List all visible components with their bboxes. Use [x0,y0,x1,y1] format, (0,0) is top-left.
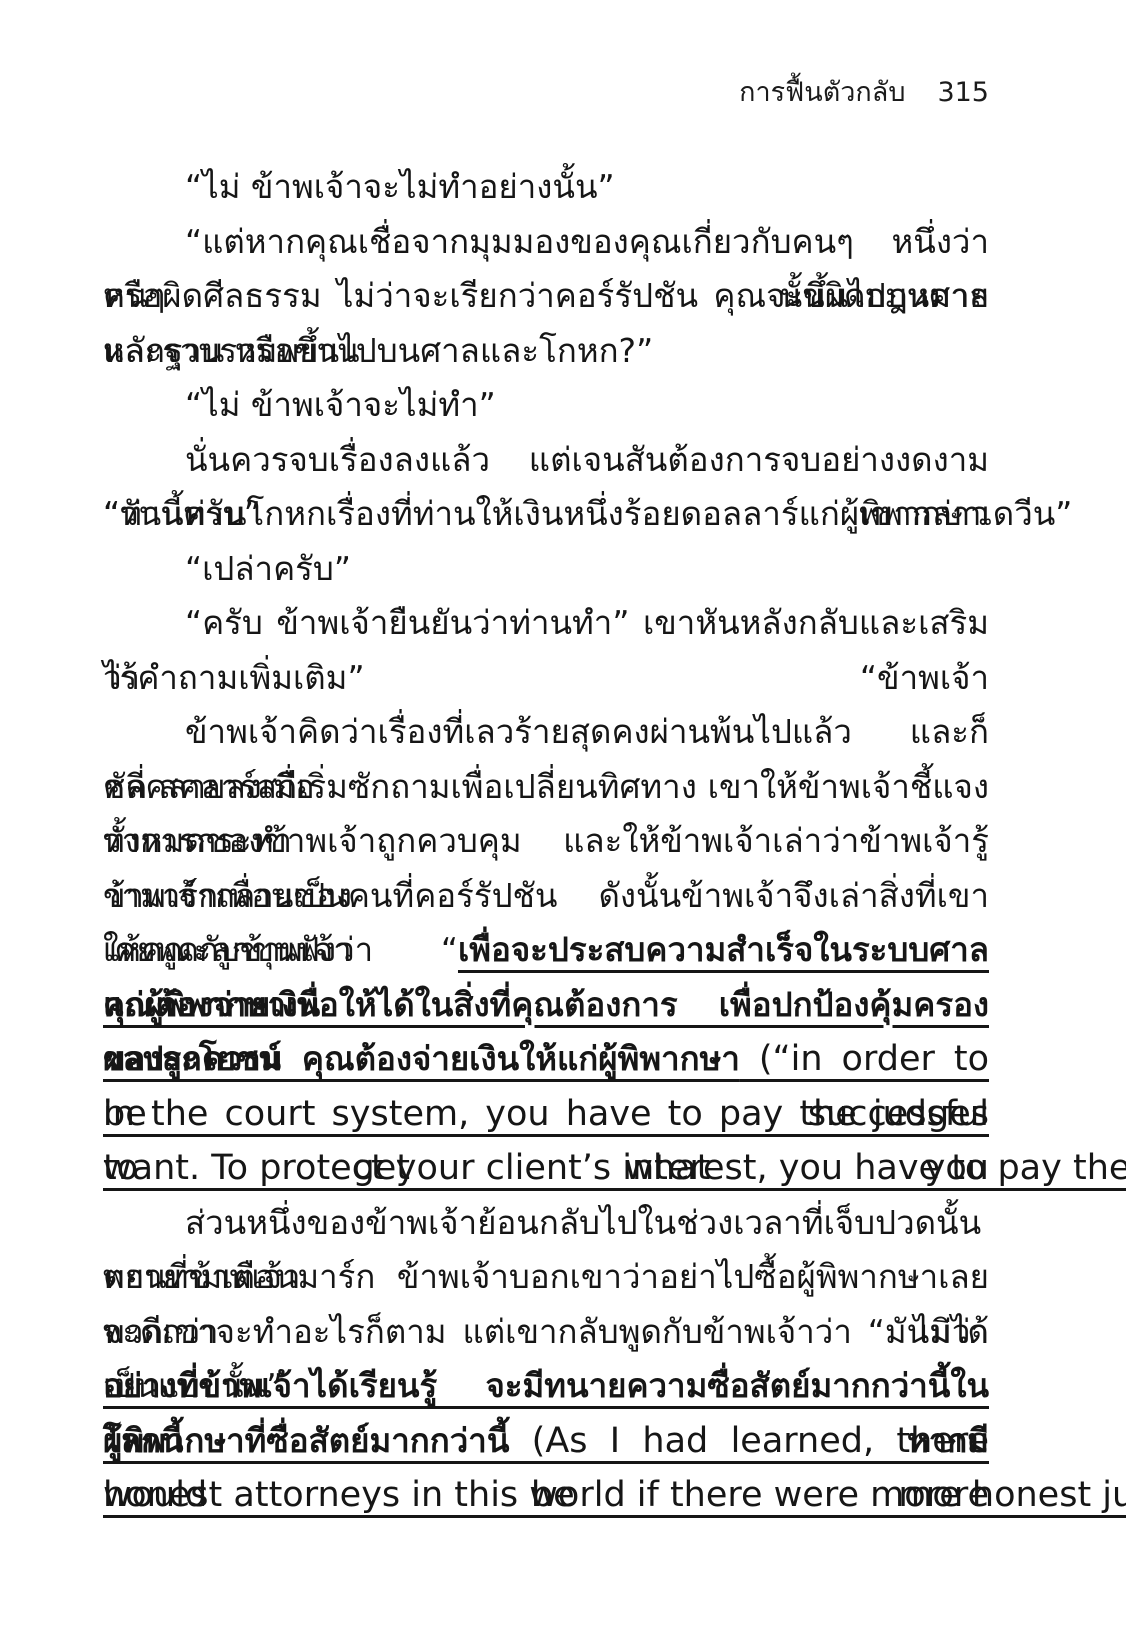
text-line: ข้าพเจ้าคิดว่าเรื่องที่เลวร้ายสุดคงผ่านพ… [103,705,989,760]
text-line: “ไม่ ข้าพเจ้าจะไม่ทำอย่างนั้น” [103,160,989,215]
paragraph: “ไม่ ข้าพเจ้าจะไม่ทำอย่างนั้น” [103,160,989,215]
text-line: พวกเขาจะทำอะไรก็ตาม แต่เขากลับพูดกับข้าพ… [103,1305,989,1360]
paragraph: ข้าพเจ้าคิดว่าเรื่องที่เลวร้ายสุดคงผ่านพ… [103,705,989,1196]
text-segment-eu: honest attorneys in this world if there … [103,1475,1126,1515]
page-body: “ไม่ ข้าพเจ้าจะไม่ทำอย่างนั้น”“แต่หากคุณ… [103,160,989,1523]
text-segment-n: “ไม่ ข้าพเจ้าจะไม่ทำอย่างนั้น” [185,167,615,206]
text-line: ให้คณะลูกขุนฟังว่า “เพื่อจะประสบความสำเร… [103,923,989,978]
text-line: หรือผิดศีลธรรม ไม่ว่าจะเรียกว่าคอร์รัปชั… [103,269,989,324]
text-line: ข้าพเจ้ากลายเป็นคนที่คอร์รัปชัน ดังนั้นข… [103,869,989,924]
book-page: การฟื้นตัวกลับ 315 “ไม่ ข้าพเจ้าจะไม่ทำอ… [0,0,1126,1638]
text-line: หลักฐาน หรือขึ้นไปบนศาลและโกหก?” [103,324,989,379]
paragraph: “เปล่าครับ” [103,542,989,597]
paragraph: ส่วนหนึ่งของข้าพเจ้าย้อนกลับไปในช่วงเวลา… [103,1196,989,1523]
text-line: ของลูกความ คุณต้องจ่ายเงินให้แก่ผู้พิพาก… [103,1032,989,1087]
text-line: honest attorneys in this world if there … [103,1468,989,1523]
text-line: ชัค สคลาร์สกีเริ่มซักถามเพื่อเปลี่ยนทิศท… [103,760,989,815]
text-line: “วันนี้ท่านโกหกเรื่องที่ท่านให้เงินหนึ่ง… [103,487,989,542]
text-segment-n: “วันนี้ท่านโกหกเรื่องที่ท่านให้เงินหนึ่ง… [103,494,1072,533]
paragraph: “ครับ ข้าพเจ้ายืนยันว่าท่านทำ” เขาหันหลั… [103,596,989,705]
page-number: 315 [937,78,989,108]
text-line: want. To protect your client’s interest,… [103,1141,989,1196]
page-header: การฟื้นตัวกลับ 315 [103,78,989,108]
text-line: “แต่หากคุณเชื่อจากมุมมองของคุณเกี่ยวกับค… [103,215,989,270]
text-line: “เปล่าครับ” [103,542,989,597]
text-line: “ไม่ ข้าพเจ้าจะไม่ทำ” [103,378,989,433]
paragraph: “แต่หากคุณเชื่อจากมุมมองของคุณเกี่ยวกับค… [103,215,989,379]
text-segment-bu: ของลูกความ คุณต้องจ่ายเงินให้แก่ผู้พิพาก… [103,1039,740,1078]
paragraph: นั่นควรจบเรื่องลงแล้ว แต่เจนสันต้องการจบ… [103,433,989,542]
text-line: ผู้พิพากษาที่ซื่อสัตย์มากกว่านี้ (As I h… [103,1414,989,1469]
running-title: การฟื้นตัวกลับ [739,78,905,108]
text-segment-n: “ไม่ ข้าพเจ้าจะไม่ทำ” [185,385,496,424]
text-segment-n: ให้คณะลูกขุนฟังว่า “ [103,930,458,969]
text-segment-n: “เปล่าครับ” [185,549,351,588]
text-line: ทั้งหมดของข้าพเจ้าถูกควบคุม และให้ข้าพเจ… [103,814,989,869]
paragraph: “ไม่ ข้าพเจ้าจะไม่ทำ” [103,378,989,433]
text-line: นั่นควรจบเรื่องลงแล้ว แต่เจนสันต้องการจบ… [103,433,989,488]
text-segment-n: ไร้คำถามเพิ่มเติม” [103,658,365,697]
text-line: อย่างที่ข้าพเจ้าได้เรียนรู้ จะมีทนายความ… [103,1359,989,1414]
text-segment-n: หลักฐาน หรือขึ้นไปบนศาลและโกหก?” [103,331,653,370]
text-segment-eu: want. To protect your client’s interest,… [103,1148,1126,1188]
text-segment-bu: ผู้พิพากษาที่ซื่อสัตย์มากกว่านี้ [103,1421,509,1460]
text-line: พยายามเตือนมาร์ก ข้าพเจ้าบอกเขาว่าอย่าไป… [103,1250,989,1305]
text-line: in the court system, you have to pay the… [103,1087,989,1142]
text-line: ส่วนหนึ่งของข้าพเจ้าย้อนกลับไปในช่วงเวลา… [103,1196,989,1251]
text-line: แก่ผู้พิพากษาเพื่อให้ได้ในสิ่งที่คุณต้อง… [103,978,989,1033]
text-line: “ครับ ข้าพเจ้ายืนยันว่าท่านทำ” เขาหันหลั… [103,596,989,651]
